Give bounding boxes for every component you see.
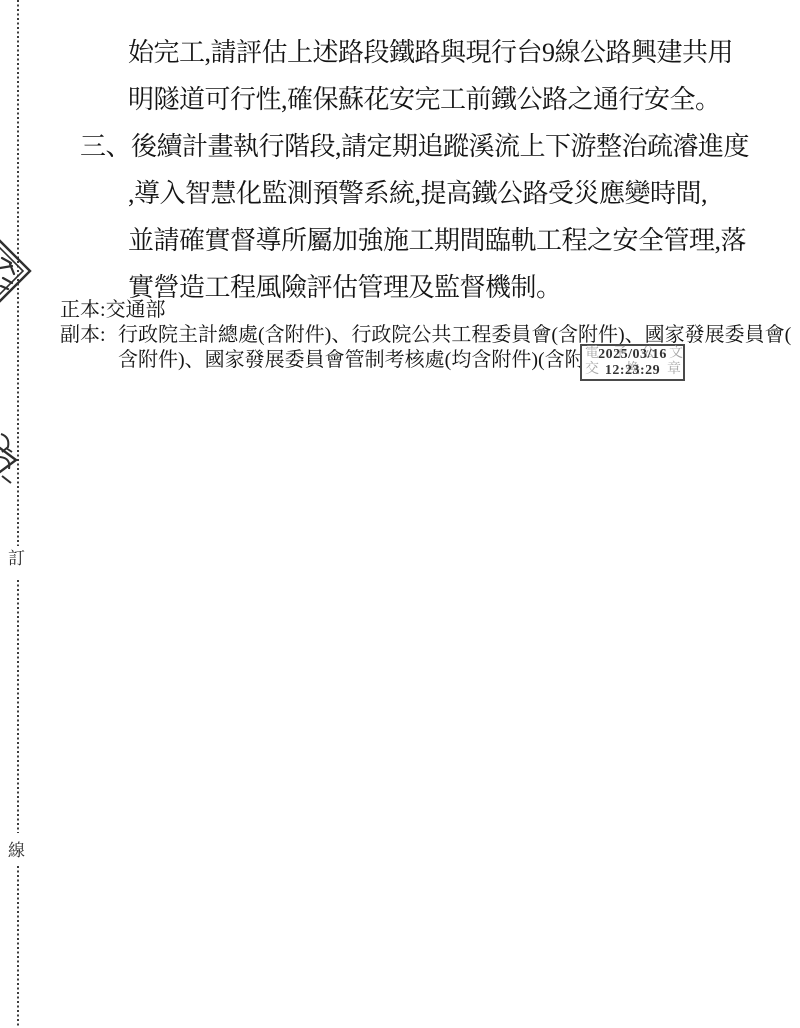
body-line: 始完工,請評估上述路段鐵路與現行台9線公路興建共用	[0, 29, 800, 76]
copy-recipient-line-2: 含附件)、國家發展委員會管制考核處(均含附件)(含附件)	[118, 347, 611, 373]
body-text-block: 始完工,請評估上述路段鐵路與現行台9線公路興建共用 明隧道可行性,確保蘇花安完工…	[0, 29, 800, 311]
original-recipient-value: 交通部	[106, 299, 166, 321]
partial-seal-tip-icon	[0, 424, 20, 496]
binding-dotted-line-middle	[17, 580, 19, 833]
original-recipient-label: 正本:	[60, 299, 106, 321]
copy-recipient-line-1: 行政院主計總處(含附件)、行政院公共工程委員會(含附件)、國家發展委員會(	[118, 322, 791, 348]
body-line: ,導入智慧化監測預警系統,提高鐵公路受災應變時間,	[0, 170, 800, 217]
exchange-stamp-date: 2025/03/16	[582, 347, 683, 363]
electronic-exchange-stamp: 電子公文 交換章 2025/03/16 12:23:29	[580, 344, 685, 381]
copy-recipient-label: 副本:	[60, 322, 106, 348]
binding-dotted-line-bottom	[17, 866, 19, 1028]
original-recipient-line: 正本:交通部	[60, 297, 166, 323]
body-line: 並請確實督導所屬加強施工期間臨軌工程之安全管理,落	[0, 217, 800, 264]
exchange-stamp-time: 12:23:29	[582, 363, 683, 379]
body-line: 明隧道可行性,確保蘇花安完工前鐵公路之通行安全。	[0, 76, 800, 123]
binding-mark-ding: 訂	[8, 550, 25, 567]
binding-mark-xian: 線	[8, 842, 25, 859]
body-line-item-three: 三、後續計畫執行階段,請定期追蹤溪流上下游整治疏濬進度	[0, 123, 800, 170]
document-page: 訂 線 始完工,請評估上述路段鐵路與現行台9線公路興建共用 明隧道可行性,確保蘇…	[0, 0, 800, 1028]
